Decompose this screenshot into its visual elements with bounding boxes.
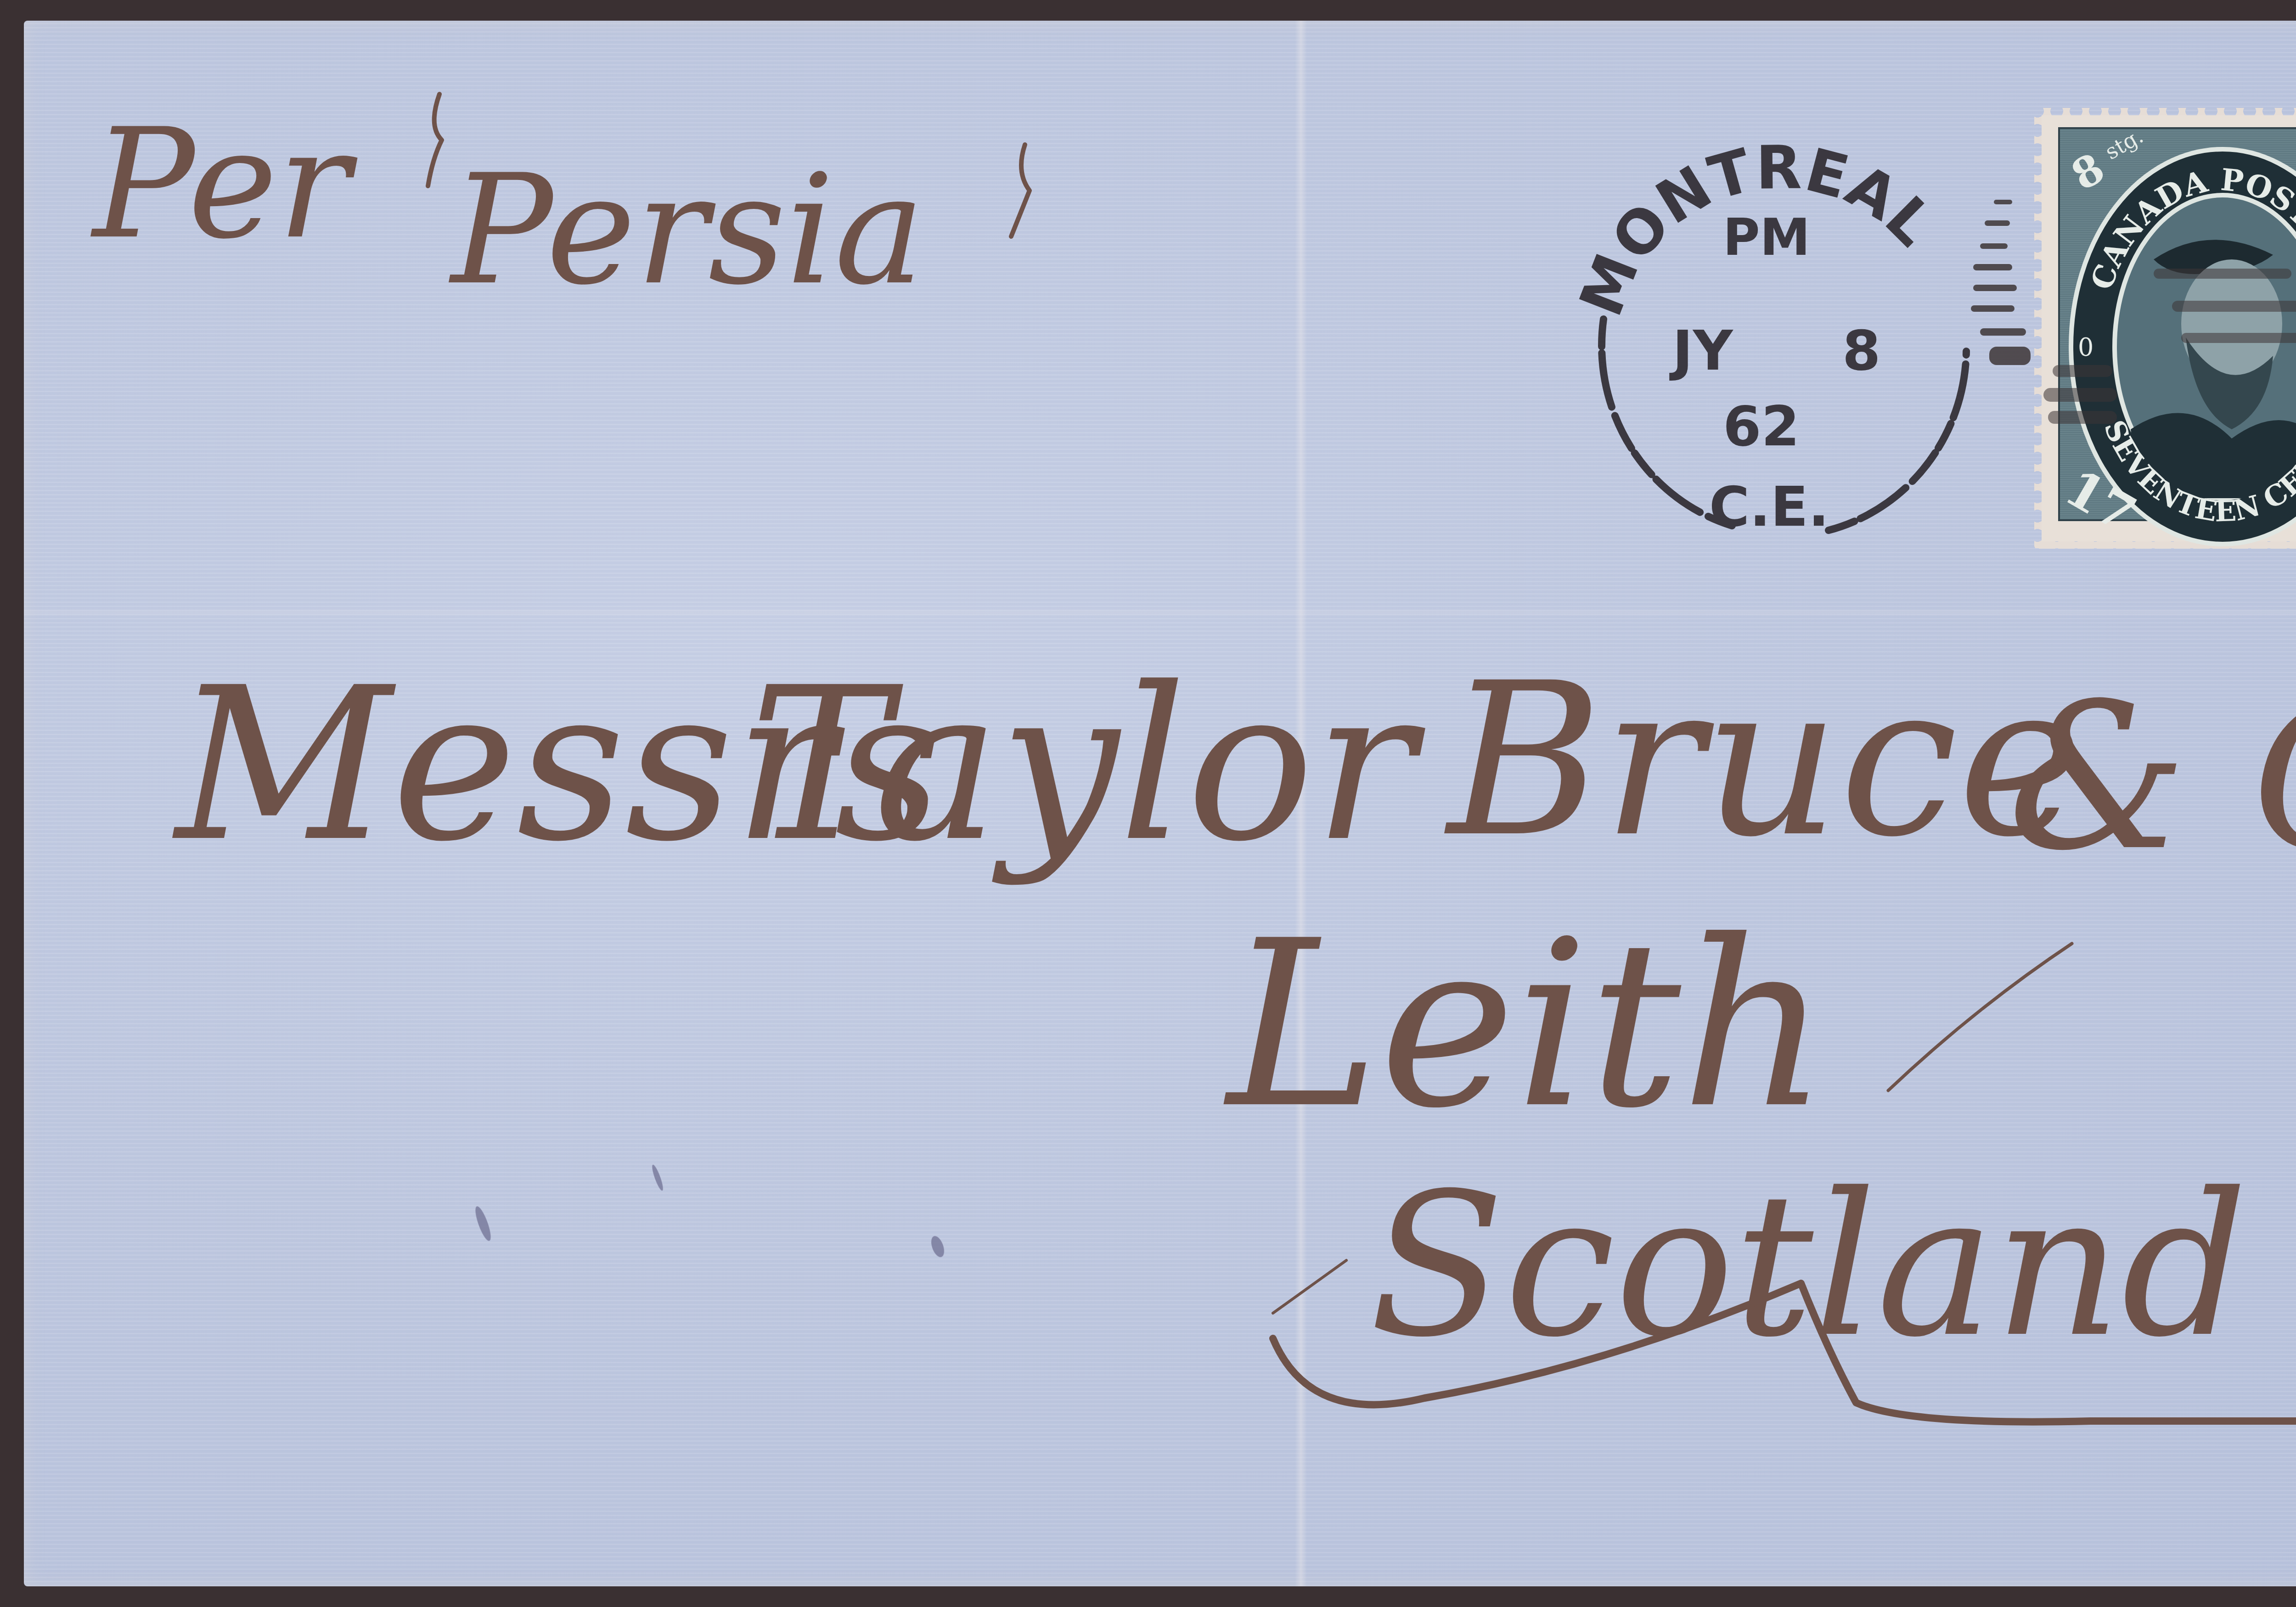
leith-flourish: [1888, 944, 2072, 1090]
address-leith: Leith: [1223, 891, 1829, 1158]
canada-17-cent-stamp: CANADA POSTAGE SEVENTEEN CENTS 8 stg. 8 …: [2034, 108, 2296, 549]
stamp-design: CANADA POSTAGE SEVENTEEN CENTS 8 stg. 8 …: [2034, 108, 2296, 549]
address-bruce: Bruce: [1444, 638, 2083, 883]
endorsement-ship-name: Persia: [449, 142, 925, 318]
stamp-ornament-left: 0: [2078, 333, 2093, 362]
postmark-time: PM: [1723, 208, 1810, 267]
handwriting-layer: Per Persia Messrs Taylor Bruce & Co Leit…: [24, 21, 2296, 1586]
scotland-lead-stroke: [1273, 1260, 1346, 1313]
montreal-postmark: MONTREAL PM JY 8 62 C.E.: [1566, 133, 1966, 539]
address-scotland: Scotland: [1369, 1151, 2248, 1381]
ink-specks: [473, 1164, 947, 1259]
grid-cancel-marks: [1971, 200, 2031, 365]
address-and-co: & Co: [2008, 660, 2296, 895]
postal-cover: Per Persia Messrs Taylor Bruce & Co Leit…: [24, 21, 2296, 1586]
address-taylor: Taylor: [749, 642, 1426, 888]
closing-quote-mark: [1011, 145, 1030, 236]
opening-quote-mark: [428, 94, 442, 186]
postmark-year: 62: [1723, 395, 1800, 459]
postmark-month: JY: [1669, 319, 1734, 383]
stamp-stg-left: stg.: [2101, 123, 2148, 164]
endorsement-per-persia: Per Persia: [90, 94, 1030, 318]
endorsement-prefix: Per: [90, 96, 358, 272]
stamp-sterling-left: 8: [2063, 144, 2112, 200]
postmark-day: 8: [1842, 319, 1881, 383]
postmark-province: C.E.: [1709, 475, 1829, 539]
